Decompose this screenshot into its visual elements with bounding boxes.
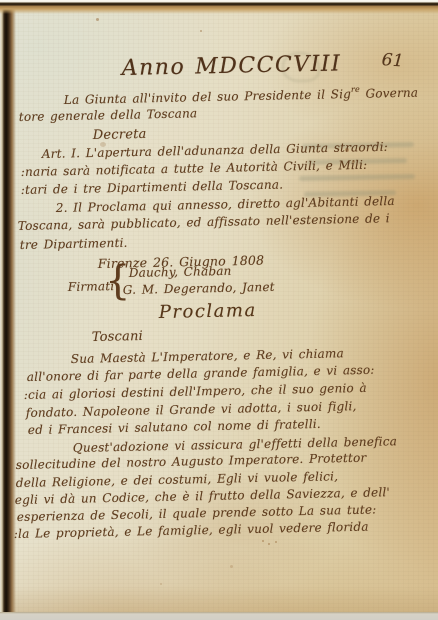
decree-intro-main: La Giunta all'invito del suo Presidente … [64, 87, 351, 107]
decree-line: tre Dipartimenti. [20, 236, 128, 252]
handwriting-layer: Anno MDCCCVIII 61 La Giunta all'invito d… [0, 0, 438, 620]
decree-intro-tail: Governa [360, 86, 419, 101]
year-heading: Anno MDCCCVIII [121, 51, 341, 81]
proclama-line: ed i Francesi vi salutano col nome di fr… [28, 417, 321, 437]
decree-intro-line: La Giunta all'invito del suo Presidente … [64, 84, 419, 107]
decree-line: tore generale della Toscana [19, 106, 198, 124]
page-number: 61 [381, 50, 404, 71]
signature-line: Dauchy, Chaban [129, 264, 232, 280]
decree-intro-superscript: re [351, 85, 360, 94]
decree-line: :naria sarà notificata a tutte le Autori… [21, 158, 368, 179]
proclama-line: :cia ai gloriosi destini dell'Impero, ch… [24, 381, 367, 402]
signature-brace: { [105, 258, 131, 304]
signature-line: G. M. Degerando, Janet [123, 280, 275, 297]
manuscript-photo: Anno MDCCCVIII 61 La Giunta all'invito d… [0, 0, 438, 620]
proclama-salutation: Toscani [92, 329, 143, 345]
proclama-heading: Proclama [159, 300, 257, 323]
decreta-label: Decreta [93, 127, 147, 143]
decree-line: :tari de i tre Dipartimenti della Toscan… [21, 178, 284, 197]
proclama-line: Sua Maestà L'Imperatore, e Re, vi chiama [71, 346, 344, 366]
